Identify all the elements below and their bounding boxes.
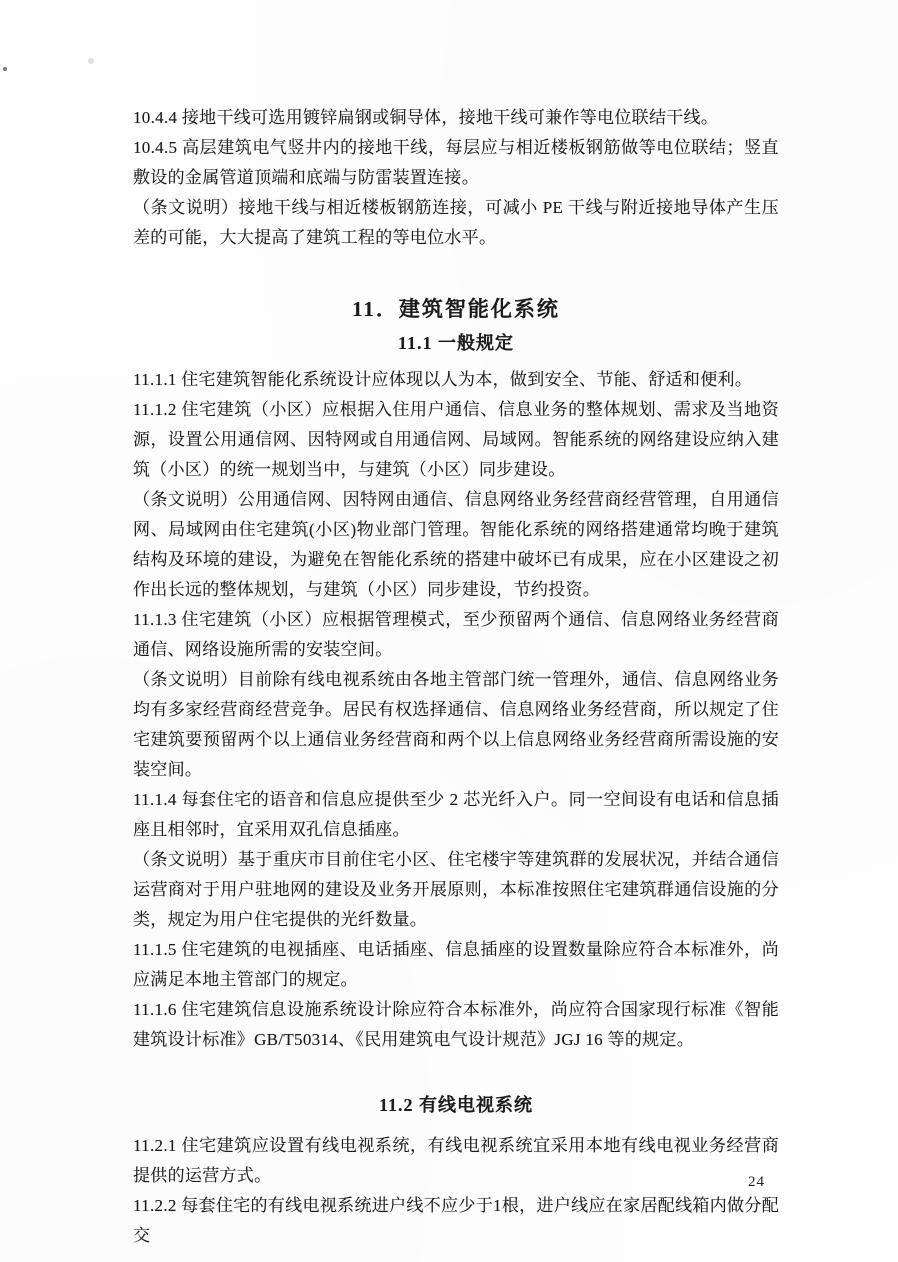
note-clause-11-1-2: （条文说明）公用通信网、因特网由通信、信息网络业务经营商经营管理，自用通信网、局… bbox=[133, 485, 779, 605]
section-heading-11-2: 11.2 有线电视系统 bbox=[133, 1091, 779, 1117]
section-heading-11-1: 11.1 一般规定 bbox=[133, 329, 779, 355]
page-number: 24 bbox=[748, 1174, 765, 1191]
clause-11-1-3: 11.1.3 住宅建筑（小区）应根据管理模式，至少预留两个通信、信息网络业务经营… bbox=[133, 605, 779, 665]
clause-11-1-5: 11.1.5 住宅建筑的电视插座、电话插座、信息插座的设置数量除应符合本标准外，… bbox=[133, 935, 779, 995]
clause-11-1-4: 11.1.4 每套住宅的语音和信息应提供至少 2 芯光纤入户。同一空间设有电话和… bbox=[133, 785, 779, 845]
note-clause-10-4-5: （条文说明）接地干线与相近楼板钢筋连接，可减小 PE 干线与附近接地导体产生压差… bbox=[133, 193, 779, 253]
note-clause-11-1-4: （条文说明）基于重庆市目前住宅小区、住宅楼宇等建筑群的发展状况，并结合通信运营商… bbox=[133, 845, 779, 935]
scan-speck bbox=[88, 58, 94, 64]
clause-10-4-5: 10.4.5 高层建筑电气竖井内的接地干线，每层应与相近楼板钢筋做等电位联结；竖… bbox=[133, 133, 779, 193]
document-page: 10.4.4 接地干线可选用镀锌扁钢或铜导体，接地干线可兼作等电位联结干线。 1… bbox=[0, 0, 898, 1262]
clause-11-1-6: 11.1.6 住宅建筑信息设施系统设计除应符合本标准外，尚应符合国家现行标准《智… bbox=[133, 995, 779, 1055]
clause-11-2-1: 11.2.1 住宅建筑应设置有线电视系统，有线电视系统宜采用本地有线电视业务经营… bbox=[133, 1131, 779, 1191]
scan-speck bbox=[3, 67, 7, 71]
page-body: 10.4.4 接地干线可选用镀锌扁钢或铜导体，接地干线可兼作等电位联结干线。 1… bbox=[133, 103, 779, 1251]
clause-10-4-4: 10.4.4 接地干线可选用镀锌扁钢或铜导体，接地干线可兼作等电位联结干线。 bbox=[133, 103, 779, 133]
clause-11-2-2: 11.2.2 每套住宅的有线电视系统进户线不应少于1根，进户线应在家居配线箱内做… bbox=[133, 1191, 779, 1251]
note-clause-11-1-3: （条文说明）目前除有线电视系统由各地主管部门统一管理外，通信、信息网络业务均有多… bbox=[133, 665, 779, 785]
clause-11-1-2: 11.1.2 住宅建筑（小区）应根据入住用户通信、信息业务的整体规划、需求及当地… bbox=[133, 395, 779, 485]
chapter-heading-11: 11．建筑智能化系统 bbox=[133, 293, 779, 323]
clause-11-1-1: 11.1.1 住宅建筑智能化系统设计应体现以人为本，做到安全、节能、舒适和便利。 bbox=[133, 365, 779, 395]
